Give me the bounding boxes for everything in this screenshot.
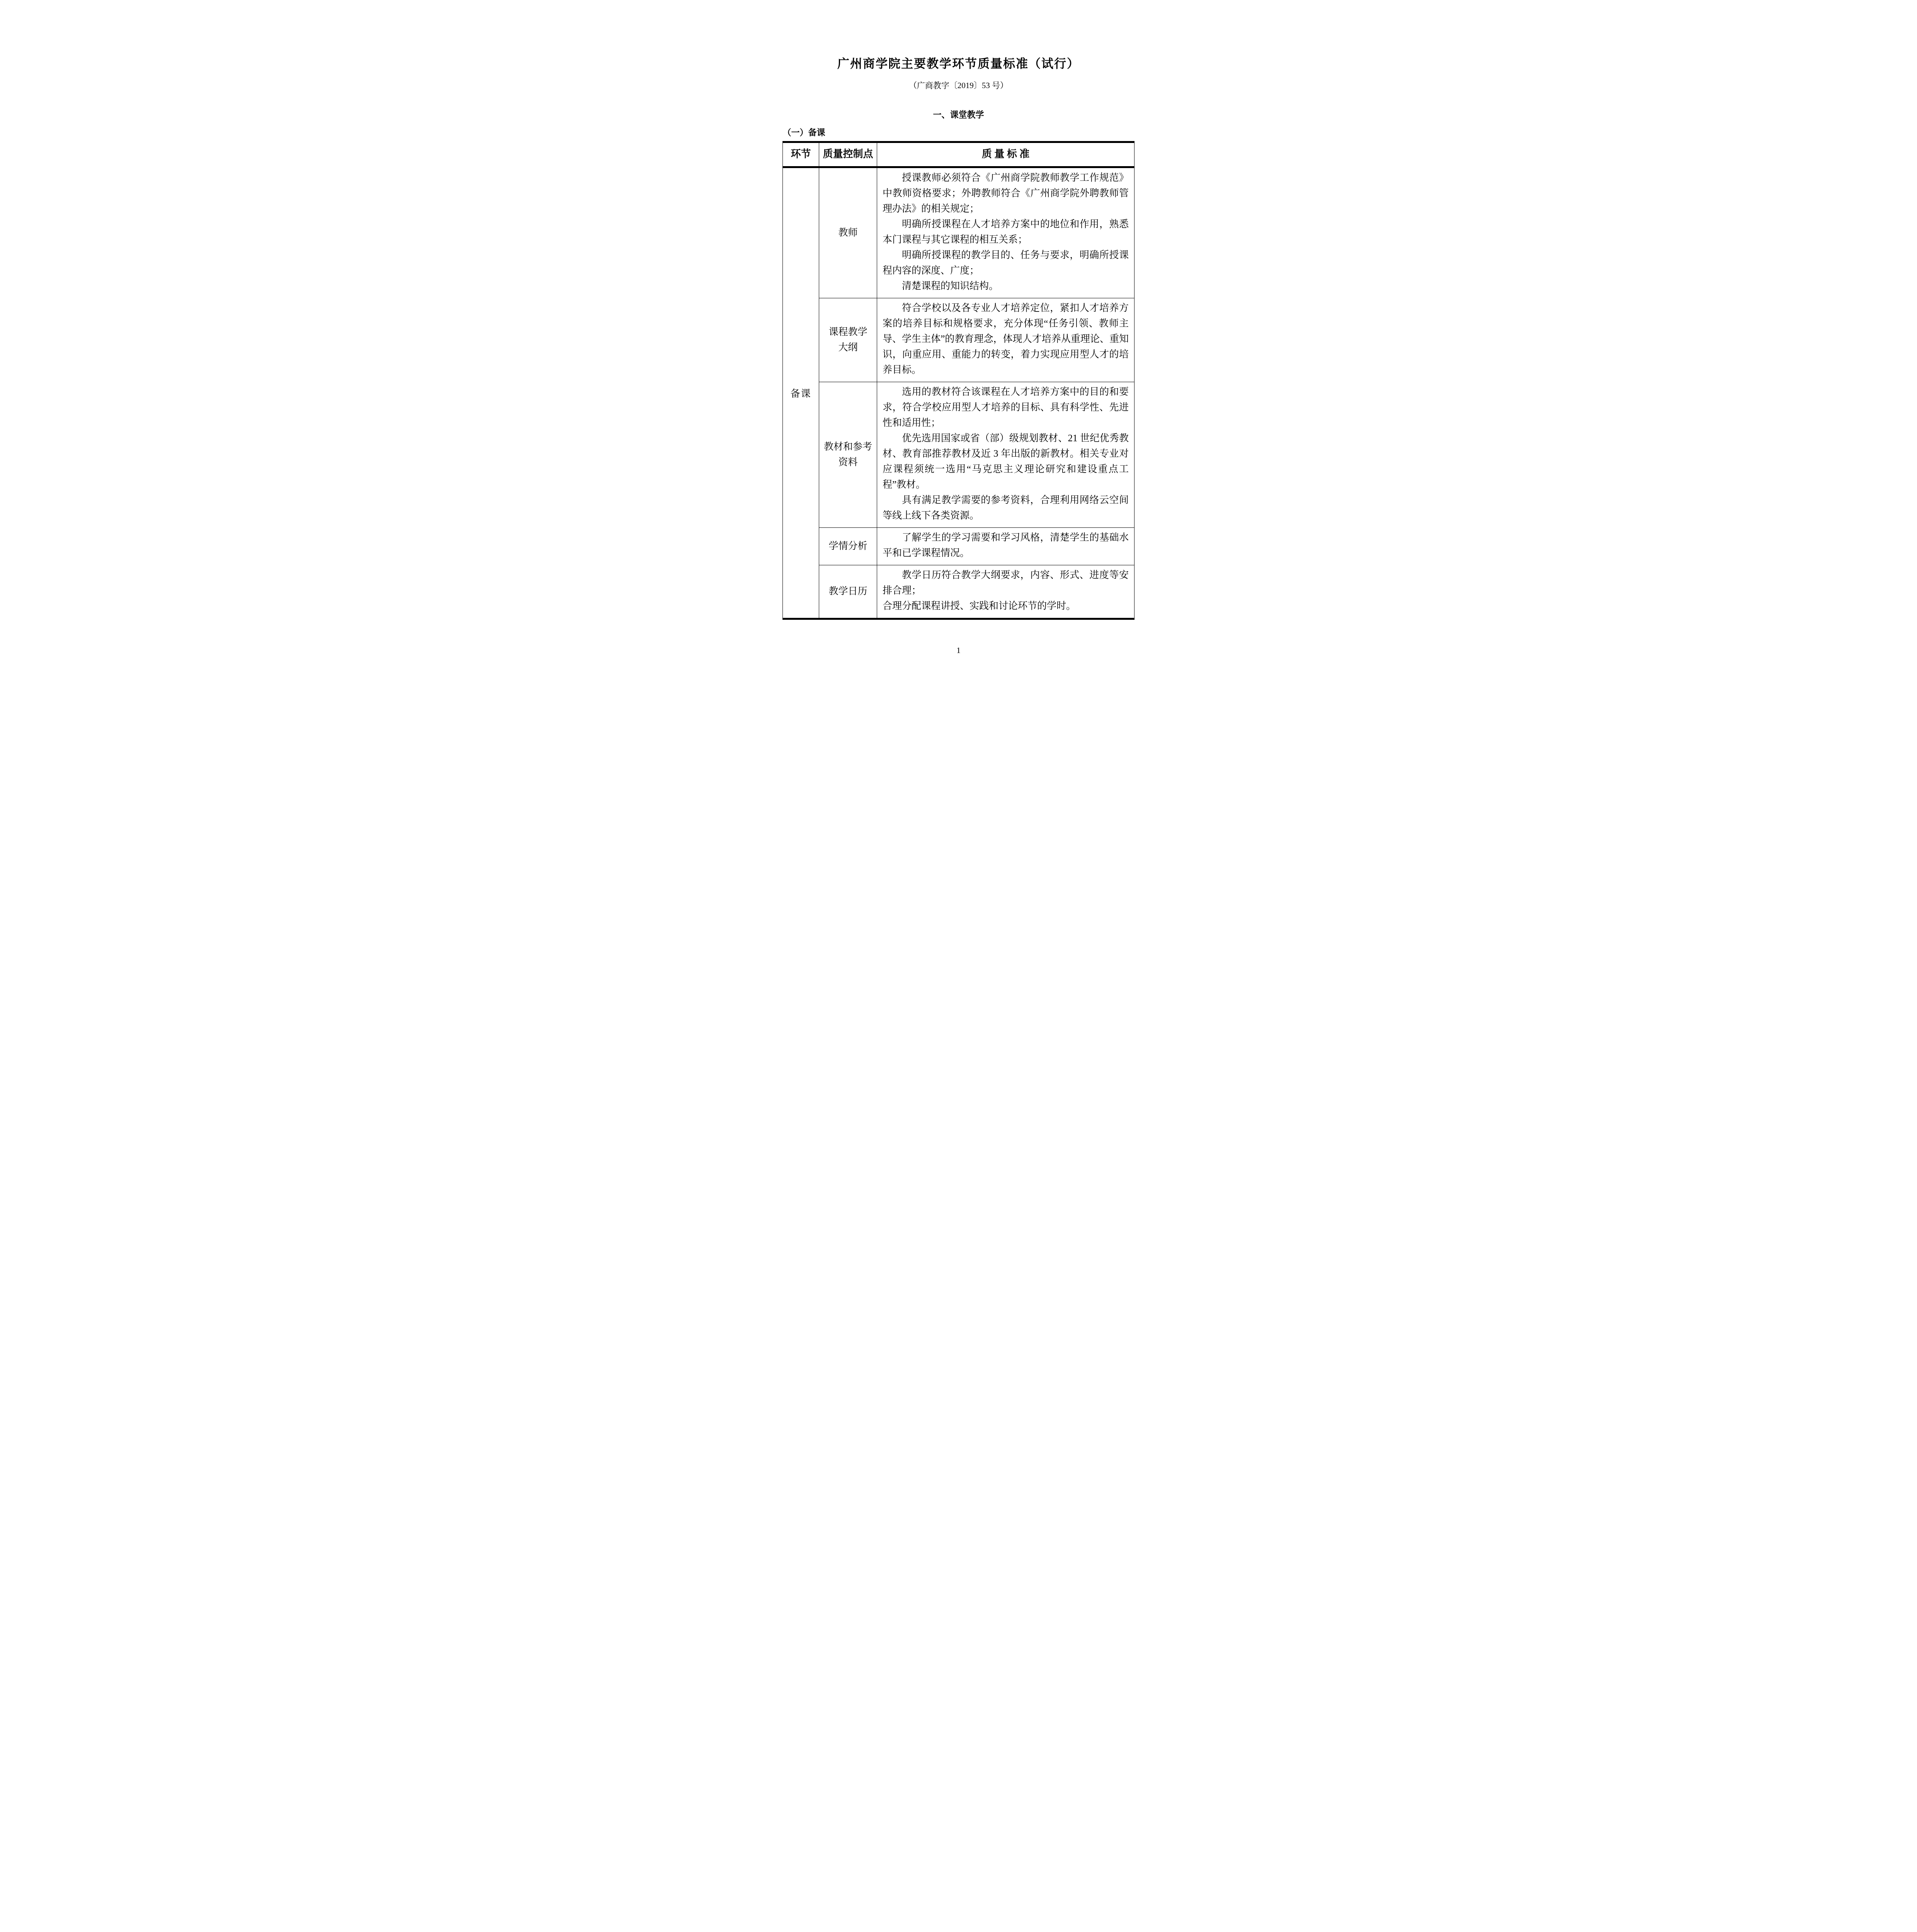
standard-paragraph: 合理分配课程讲授、实践和讨论环节的学时。 [883,599,1129,614]
document-page: 广州商学院主要教学环节质量标准（试行） （广商教字〔2019〕53 号） 一、课… [719,0,1198,678]
table-row-learner-analysis: 学情分析 了解学生的学习需要和学习风格，清楚学生的基础水平和已学课程情况。 [783,527,1135,565]
standard-paragraph: 教学日历符合教学大纲要求，内容、形式、进度等安排合理； [883,568,1129,599]
table-row-teacher: 备课 教师 授课教师必须符合《广州商学院教师教学工作规范》中教师资格要求；外聘教… [783,167,1135,298]
table-row-teaching-calendar: 教学日历 教学日历符合教学大纲要求，内容、形式、进度等安排合理； 合理分配课程讲… [783,565,1135,619]
standard-paragraph: 具有满足教学需要的参考资料，合理利用网络云空间等线上线下各类资源。 [883,493,1129,524]
control-point-cell-learner-analysis: 学情分析 [819,527,877,565]
subsection-heading: （一）备课 [783,128,1135,138]
standard-paragraph: 明确所授课程在人才培养方案中的地位和作用，熟悉本门课程与其它课程的相互关系； [883,217,1129,248]
standard-cell-teaching-calendar: 教学日历符合教学大纲要求，内容、形式、进度等安排合理； 合理分配课程讲授、实践和… [877,565,1135,619]
standard-paragraph: 授课教师必须符合《广州商学院教师教学工作规范》中教师资格要求；外聘教师符合《广州… [883,170,1129,217]
standard-cell-teacher: 授课教师必须符合《广州商学院教师教学工作规范》中教师资格要求；外聘教师符合《广州… [877,167,1135,298]
stage-cell: 备课 [783,167,819,619]
control-point-cell-syllabus: 课程教学 大纲 [819,298,877,382]
column-header-stage: 环节 [783,142,819,167]
document-number: （广商教字〔2019〕53 号） [719,81,1198,90]
standard-cell-learner-analysis: 了解学生的学习需要和学习风格，清楚学生的基础水平和已学课程情况。 [877,527,1135,565]
standard-paragraph: 明确所授课程的教学目的、任务与要求，明确所授课程内容的深度、广度； [883,248,1129,279]
document-title: 广州商学院主要教学环节质量标准（试行） [719,0,1198,71]
control-point-cell-textbook: 教材和参考 资料 [819,382,877,527]
quality-standards-table: 环节 质量控制点 质 量 标 准 备课 教师 授课教师必须符合《广州商学院教师教… [782,141,1135,620]
standard-paragraph: 选用的教材符合该课程在人才培养方案中的目的和要求，符合学校应用型人才培养的目标、… [883,384,1129,431]
column-header-control-point: 质量控制点 [819,142,877,167]
table-row-textbook: 教材和参考 资料 选用的教材符合该课程在人才培养方案中的目的和要求，符合学校应用… [783,382,1135,527]
standard-cell-textbook: 选用的教材符合该课程在人才培养方案中的目的和要求，符合学校应用型人才培养的目标、… [877,382,1135,527]
table-row-syllabus: 课程教学 大纲 符合学校以及各专业人才培养定位，紧扣人才培养方案的培养目标和规格… [783,298,1135,382]
column-header-standard: 质 量 标 准 [877,142,1135,167]
control-point-cell-teaching-calendar: 教学日历 [819,565,877,619]
standard-paragraph: 清楚课程的知识结构。 [883,279,1129,294]
table-header-row: 环节 质量控制点 质 量 标 准 [783,142,1135,167]
standard-paragraph: 符合学校以及各专业人才培养定位，紧扣人才培养方案的培养目标和规格要求，充分体现“… [883,301,1129,378]
control-point-cell-teacher: 教师 [819,167,877,298]
standard-paragraph: 优先选用国家或省（部）级规划教材、21 世纪优秀教材、教育部推荐教材及近 3 年… [883,431,1129,493]
standard-paragraph: 了解学生的学习需要和学习风格，清楚学生的基础水平和已学课程情况。 [883,530,1129,561]
section-heading: 一、课堂教学 [719,110,1198,120]
standard-cell-syllabus: 符合学校以及各专业人才培养定位，紧扣人才培养方案的培养目标和规格要求，充分体现“… [877,298,1135,382]
page-number: 1 [719,645,1198,655]
